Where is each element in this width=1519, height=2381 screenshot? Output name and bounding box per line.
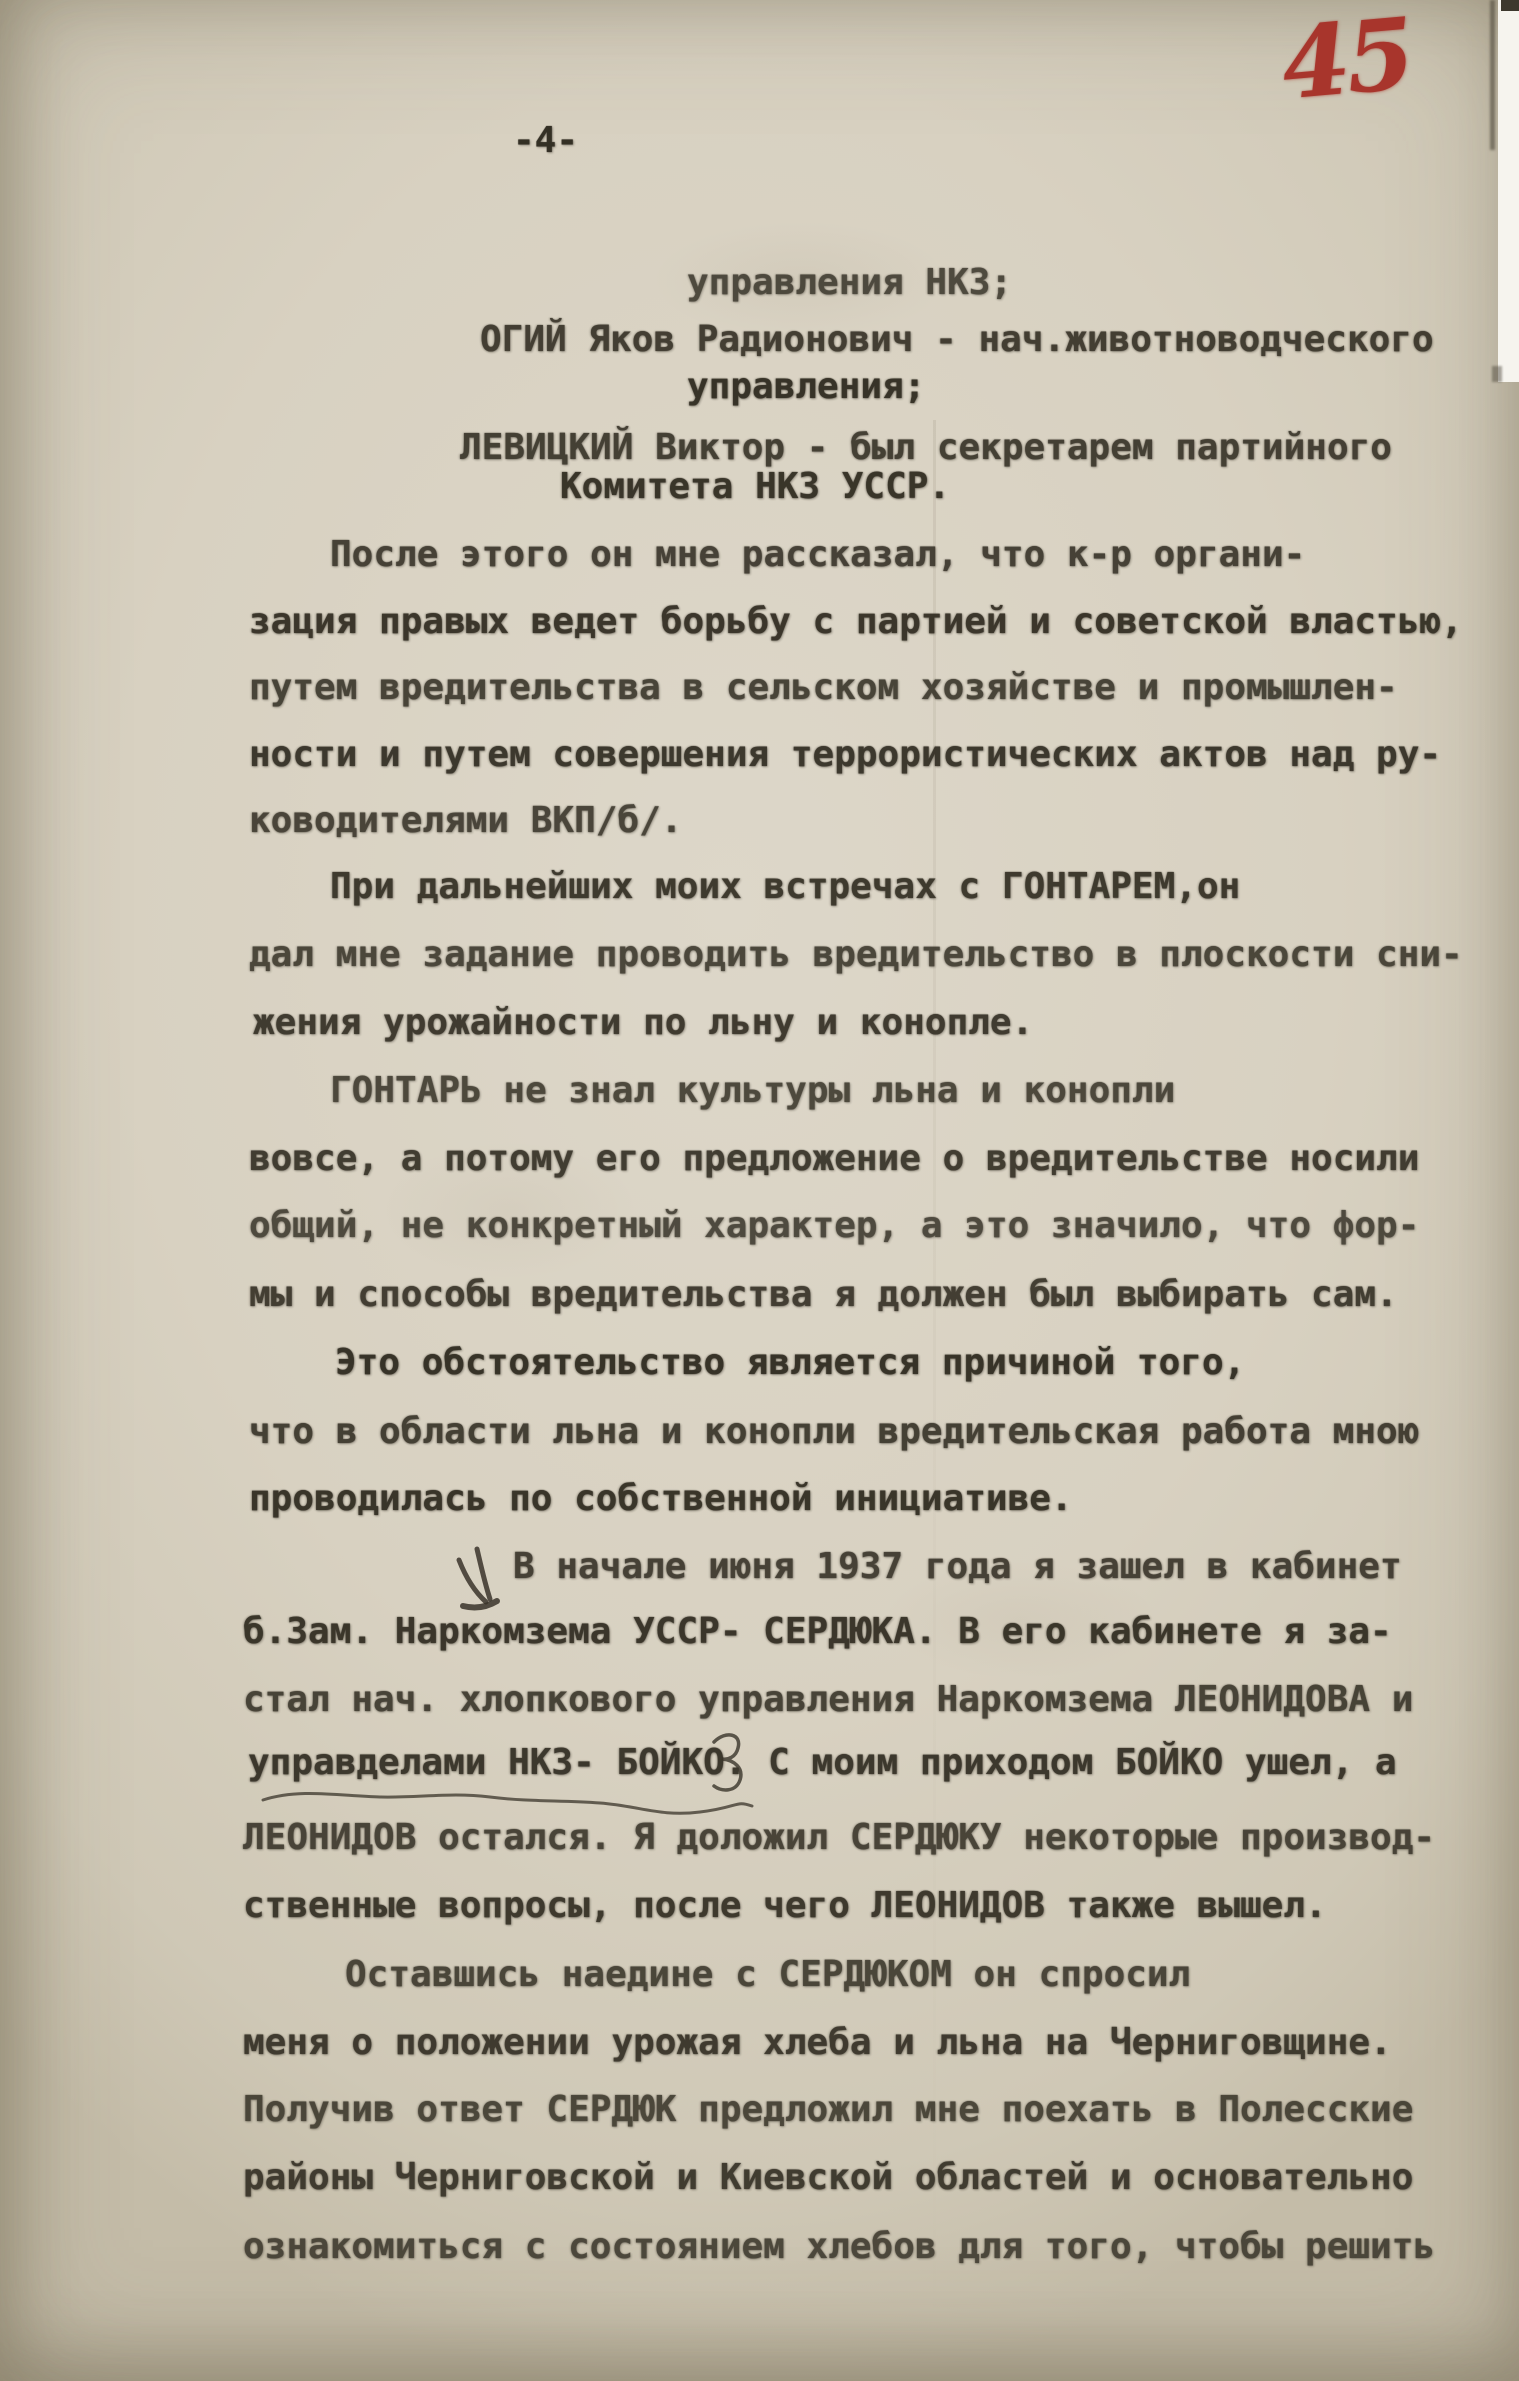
scan-edge-shadow [1490, 0, 1495, 150]
document-page: -4- 45 управления НКЗ;ОГИЙ Яков Радионов… [0, 0, 1519, 2381]
handwritten-annotations [0, 0, 1519, 2381]
handwritten-mark-3-icon [714, 1735, 741, 1790]
scan-corner-dark [1501, 0, 1519, 11]
scan-edge-mark [1492, 366, 1502, 382]
down-arrow-icon [459, 1549, 497, 1607]
scan-edge-strip [1498, 0, 1519, 382]
wavy-underline-icon [263, 1793, 752, 1813]
